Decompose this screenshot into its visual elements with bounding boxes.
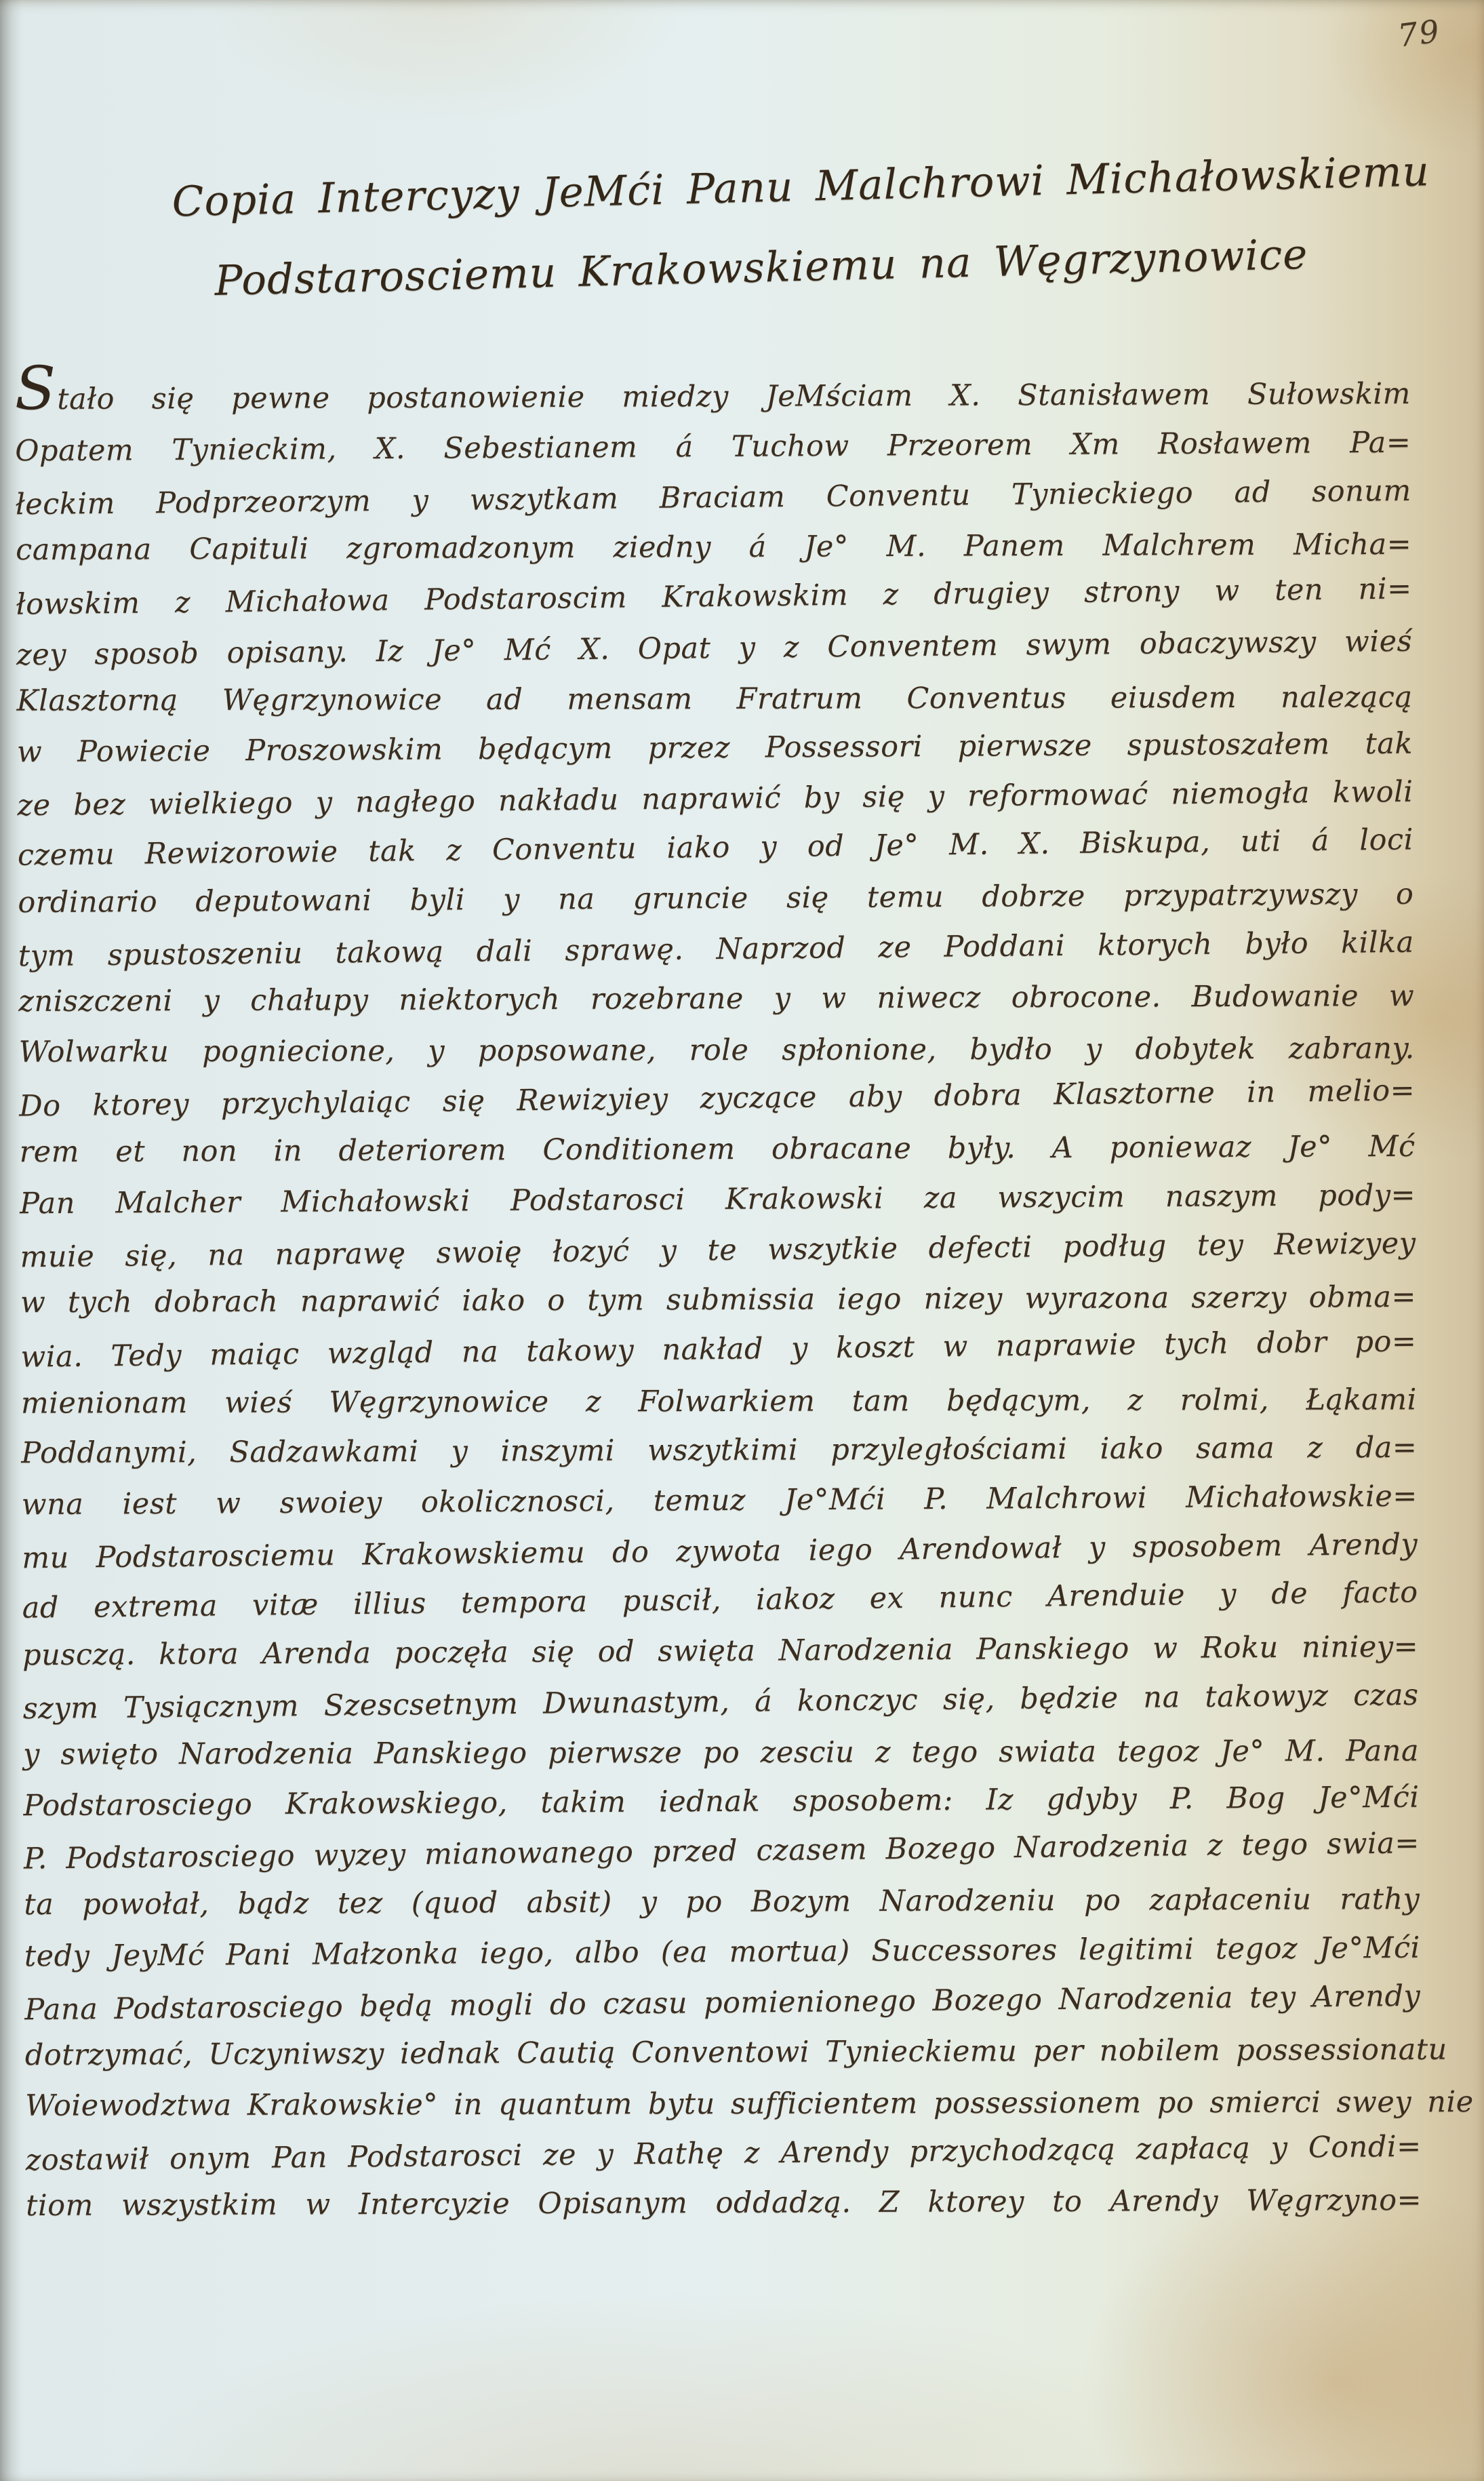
text-line: Stało się pewne postanowienie miedzy JeM… [15, 369, 1411, 424]
text-line: mienionam wieś Węgrzynowice z Folwarkiem… [21, 1374, 1417, 1428]
manuscript-page: 79 Copia Intercyzy JeMći Panu Malchrowi … [0, 0, 1484, 2481]
text-line: ta powołał, bądz tez (quod absit) y po B… [24, 1874, 1420, 1930]
text-line: Klasztorną Węgrzynowice ad mensam Fratru… [16, 672, 1412, 726]
text-line: tiom wszystkim w Intercyzie Opisanym odd… [26, 2175, 1422, 2231]
text-line: Woiewodztwa Krakowskie° in quantum bytu … [25, 2077, 1421, 2130]
text-line: zniszczeni y chałupy niektorych rozebran… [18, 971, 1414, 1027]
text-line: y swięto Narodzenia Panskiego pierwsze p… [23, 1726, 1419, 1779]
text-line: szym Tysiącznym Szescsetnym Dwunastym, á… [22, 1670, 1419, 1734]
body-text: Stało się pewne postanowienie miedzy JeM… [15, 368, 1422, 2233]
text-line: dotrzymać, Uczyniwszy iednak Cautią Conv… [25, 2025, 1421, 2080]
text-line: Poddanymi, Sadzawkami y inszymi wszytkim… [21, 1423, 1417, 1478]
document-title: Copia Intercyzy JeMći Panu Malchrowi Mic… [171, 134, 1367, 323]
folio-number: 79 [1396, 12, 1443, 54]
text-line: rem et non in deteriorem Conditionem obr… [20, 1122, 1416, 1177]
